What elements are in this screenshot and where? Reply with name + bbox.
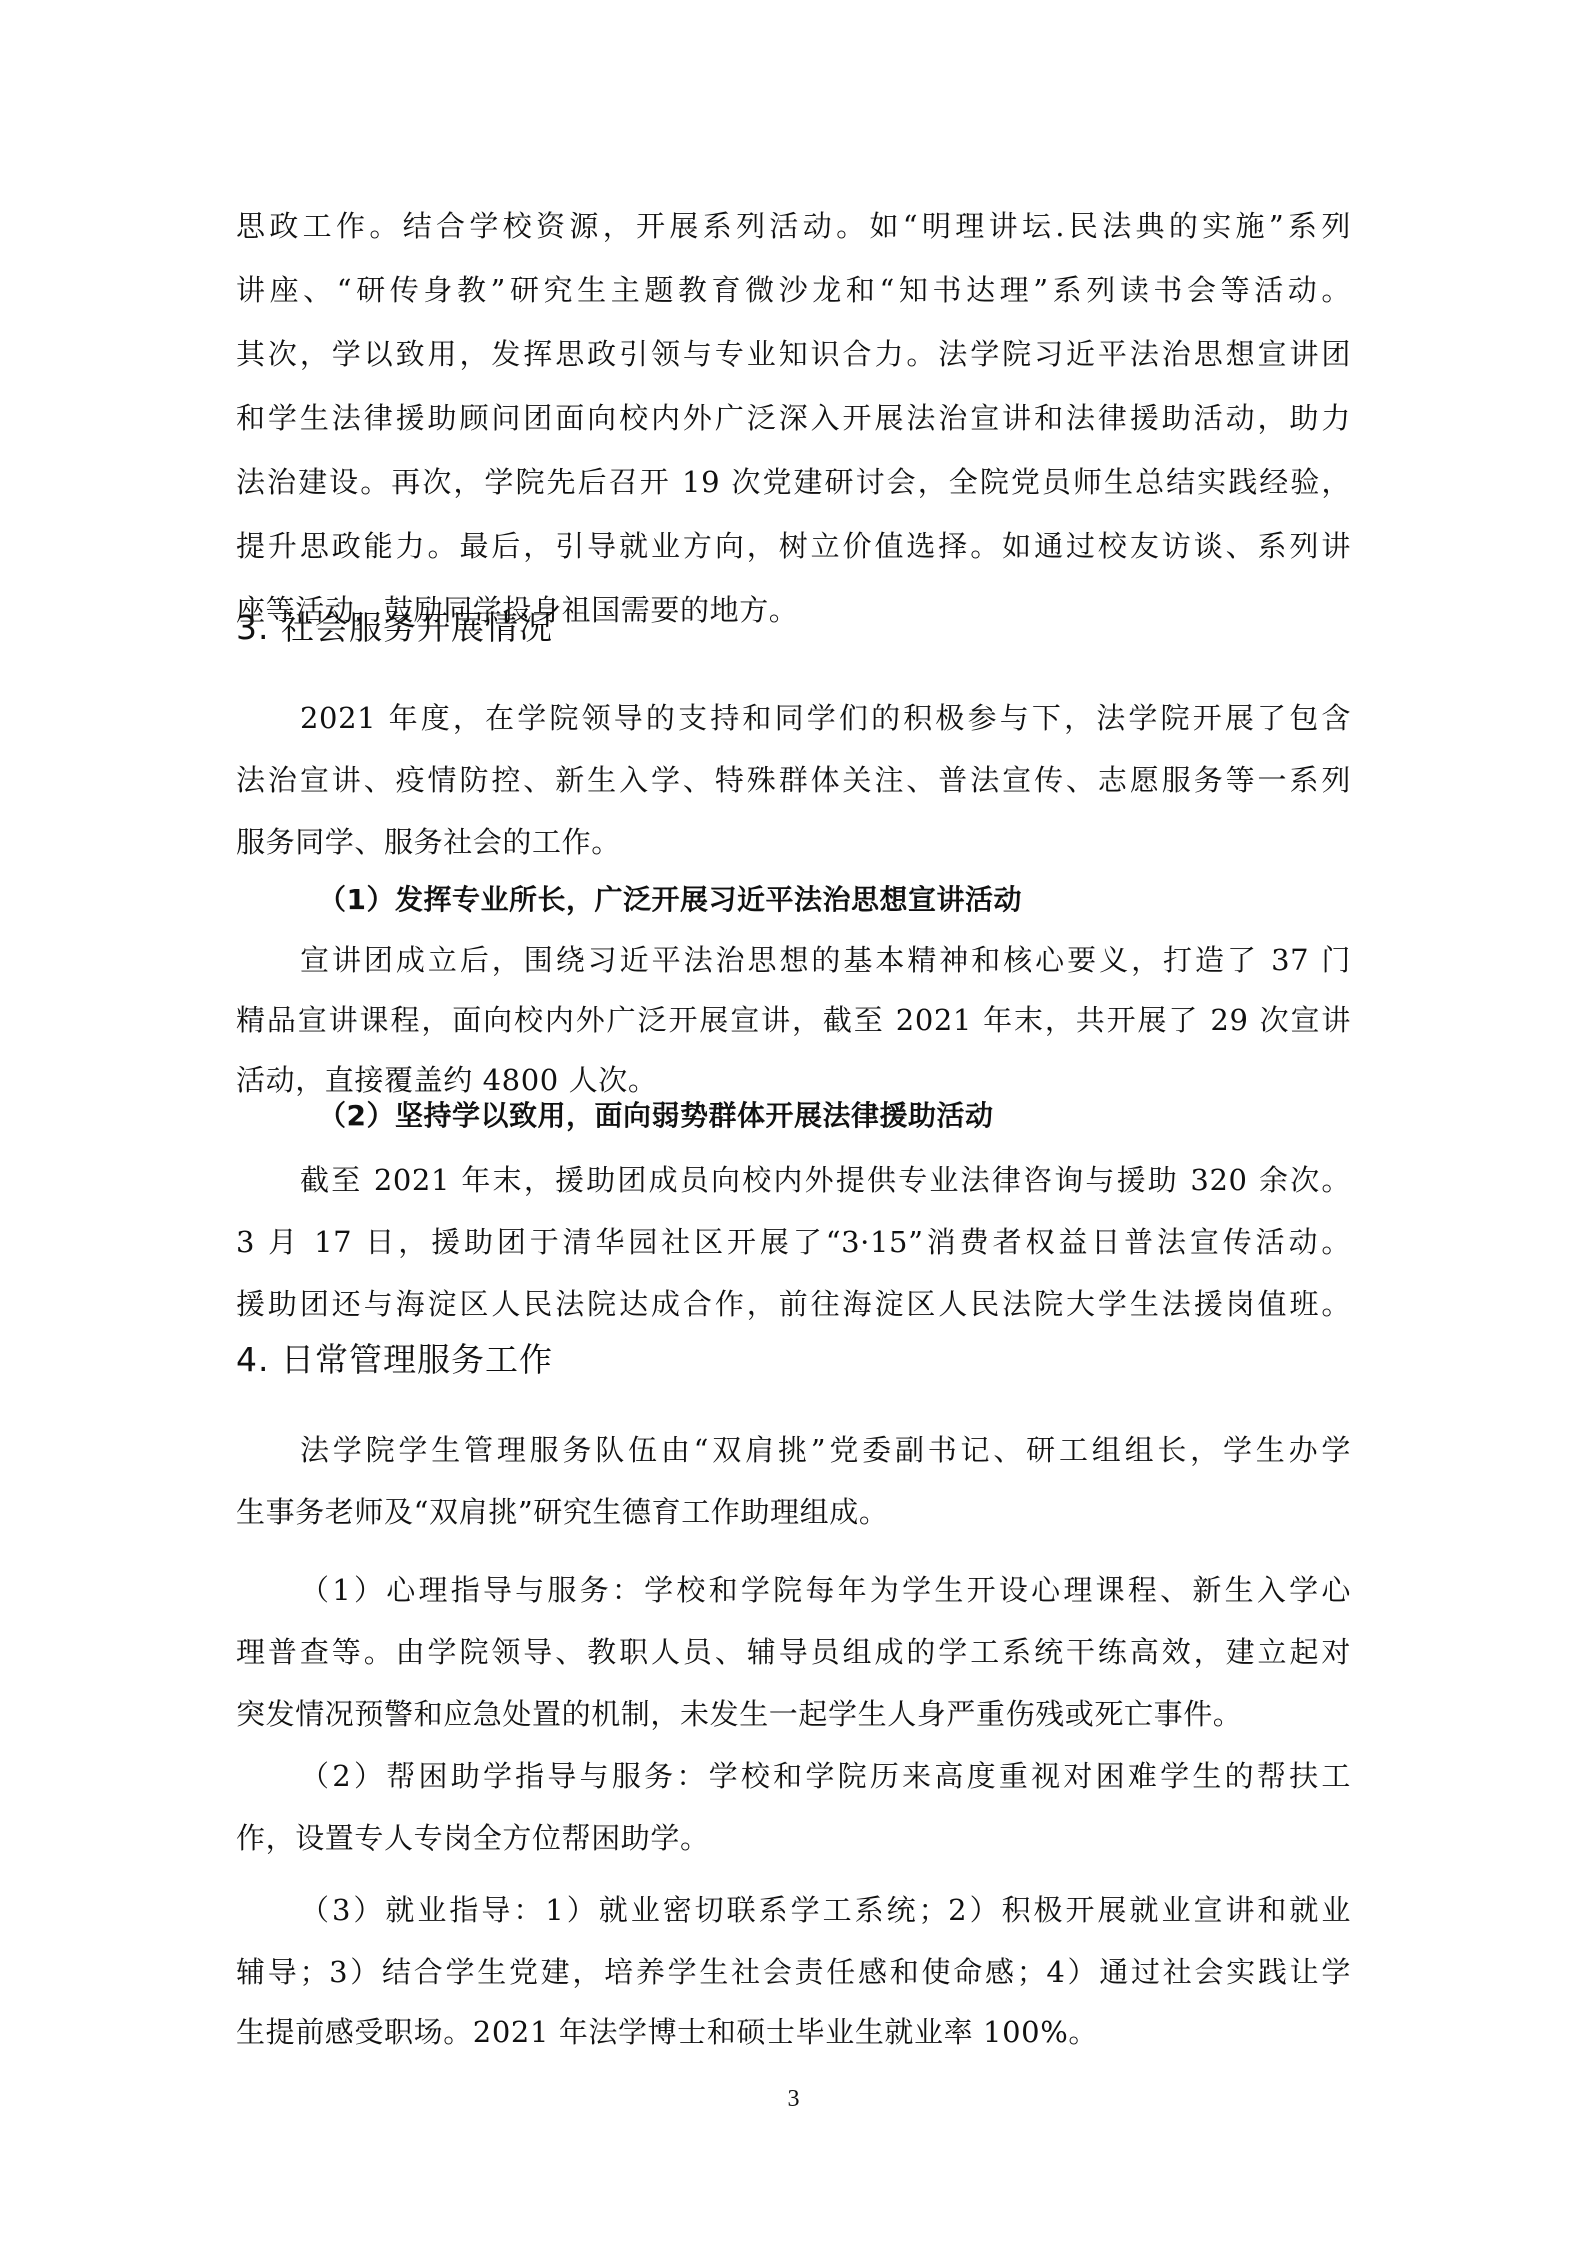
paragraph-line: 宣讲团成立后，围绕习近平法治思想的基本精神和核心要义，打造了 37 门 bbox=[300, 940, 1351, 980]
section-heading-4: 4. 日常管理服务工作 bbox=[236, 1338, 553, 1382]
paragraph-line: 生提前感受职场。2021 年法学博士和硕士毕业生就业率 100%。 bbox=[236, 2012, 1351, 2052]
paragraph-line: 和学生法律援助顾问团面向校内外广泛深入开展法治宣讲和法律援助活动，助力 bbox=[236, 398, 1351, 438]
paragraph-line: 提升思政能力。最后，引导就业方向，树立价值选择。如通过校友访谈、系列讲 bbox=[236, 526, 1351, 566]
paragraph-line: 截至 2021 年末，援助团成员向校内外提供专业法律咨询与援助 320 余次。 bbox=[300, 1160, 1351, 1200]
paragraph-line: 作，设置专人专岗全方位帮困助学。 bbox=[236, 1818, 1351, 1858]
paragraph-line: 辅导；3）结合学生党建，培养学生社会责任感和使命感；4）通过社会实践让学 bbox=[236, 1952, 1351, 1992]
paragraph-line: 讲座、“研传身教”研究生主题教育微沙龙和“知书达理”系列读书会等活动。 bbox=[236, 270, 1351, 310]
paragraph-line: 法学院学生管理服务队伍由“双肩挑”党委副书记、研工组组长，学生办学 bbox=[300, 1430, 1351, 1470]
paragraph-line: 法治建设。再次，学院先后召开 19 次党建研讨会，全院党员师生总结实践经验， bbox=[236, 462, 1351, 502]
paragraph-line: 活动，直接覆盖约 4800 人次。 bbox=[236, 1060, 1351, 1100]
paragraph-line: 其次，学以致用，发挥思政引领与专业知识合力。法学院习近平法治思想宣讲团 bbox=[236, 334, 1351, 374]
paragraph-line: （2）帮困助学指导与服务：学校和学院历来高度重视对困难学生的帮扶工 bbox=[300, 1756, 1351, 1796]
paragraph-line: （3）就业指导：1）就业密切联系学工系统；2）积极开展就业宣讲和就业 bbox=[300, 1890, 1351, 1930]
paragraph-line: 精品宣讲课程，面向校内外广泛开展宣讲，截至 2021 年末，共开展了 29 次宣… bbox=[236, 1000, 1351, 1040]
paragraph-line: 理普查等。由学院领导、教职人员、辅导员组成的学工系统干练高效，建立起对 bbox=[236, 1632, 1351, 1672]
paragraph-line: （1）心理指导与服务：学校和学院每年为学生开设心理课程、新生入学心 bbox=[300, 1570, 1351, 1610]
document-page: 思政工作。结合学校资源，开展系列活动。如“明理讲坛.民法典的实施”系列 讲座、“… bbox=[0, 0, 1587, 2245]
subsection-heading-1: （1）发挥专业所长，广泛开展习近平法治思想宣讲活动 bbox=[318, 880, 1022, 920]
subsection-heading-2: （2）坚持学以致用，面向弱势群体开展法律援助活动 bbox=[318, 1096, 994, 1136]
paragraph-line: 3 月 17 日，援助团于清华园社区开展了“3·15”消费者权益日普法宣传活动。 bbox=[236, 1222, 1351, 1262]
paragraph-line: 生事务老师及“双肩挑”研究生德育工作助理组成。 bbox=[236, 1492, 1351, 1532]
paragraph-line: 援助团还与海淀区人民法院达成合作，前往海淀区人民法院大学生法援岗值班。 bbox=[236, 1284, 1351, 1324]
paragraph-line: 突发情况预警和应急处置的机制，未发生一起学生人身严重伤残或死亡事件。 bbox=[236, 1694, 1351, 1734]
page-number: 3 bbox=[0, 2086, 1587, 2113]
paragraph-line: 思政工作。结合学校资源，开展系列活动。如“明理讲坛.民法典的实施”系列 bbox=[236, 206, 1351, 246]
paragraph-line: 服务同学、服务社会的工作。 bbox=[236, 822, 1351, 862]
section-heading-3: 3. 社会服务开展情况 bbox=[236, 606, 553, 650]
paragraph-line: 法治宣讲、疫情防控、新生入学、特殊群体关注、普法宣传、志愿服务等一系列 bbox=[236, 760, 1351, 800]
paragraph-line: 2021 年度，在学院领导的支持和同学们的积极参与下，法学院开展了包含 bbox=[300, 698, 1351, 738]
